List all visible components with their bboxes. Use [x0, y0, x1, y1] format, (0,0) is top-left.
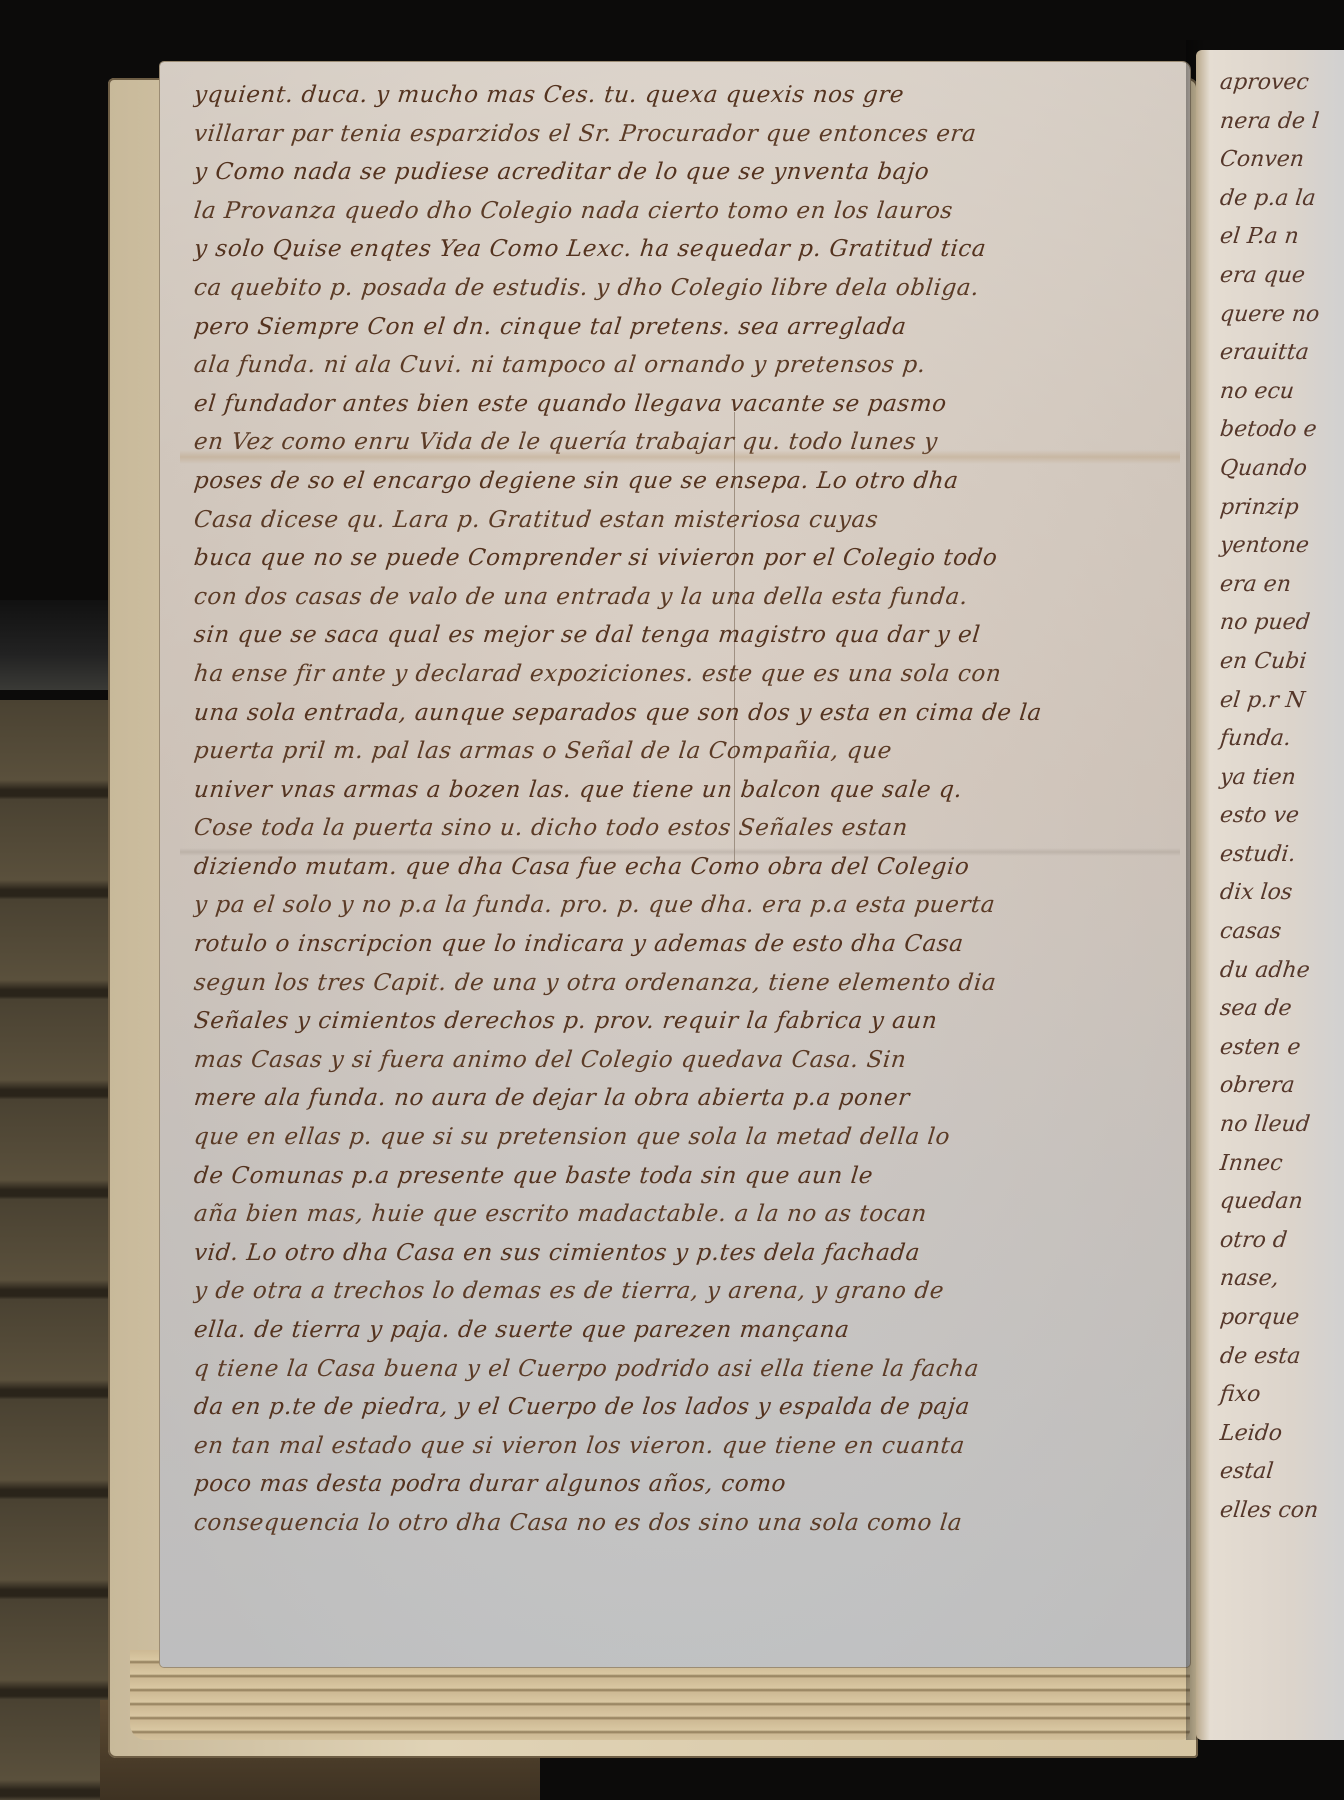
text-line: ha ense fir ante y declarad expoziciones… [192, 655, 1182, 694]
text-line: el fundador antes bien este quando llega… [192, 385, 1182, 424]
text-line: Casa dicese qu. Lara p. Gratitud estan m… [192, 501, 1182, 540]
facing-text-block: aprovec nera de l Conven de p.a la el P.… [1220, 64, 1319, 1531]
facing-text-line: funda. [1218, 720, 1321, 759]
text-line: con dos casas de valo de una entrada y l… [192, 578, 1182, 617]
text-line: villarar par tenia esparzidos el Sr. Pro… [192, 115, 1182, 154]
facing-text-line: nera de l [1218, 103, 1321, 142]
text-line: y pa el solo y no p.a la funda. pro. p. … [192, 886, 1182, 925]
facing-text-line: quere no [1218, 296, 1321, 335]
facing-text-line: era en [1218, 566, 1321, 605]
facing-text-line: estal [1218, 1453, 1321, 1492]
facing-text-line: erauitta [1218, 334, 1321, 373]
facing-text-line: otro d [1218, 1222, 1321, 1261]
facing-text-line: esten e [1218, 1029, 1321, 1068]
facing-text-line: esto ve [1218, 797, 1321, 836]
facing-text-line: en Cubi [1218, 643, 1321, 682]
facing-text-line: de p.a la [1218, 180, 1321, 219]
text-line: en tan mal estado que si vieron los vier… [192, 1427, 1182, 1466]
facing-page: aprovec nera de l Conven de p.a la el P.… [1196, 50, 1344, 1740]
text-line: poses de so el encargo degiene sin que s… [192, 462, 1182, 501]
text-line: sin que se saca qual es mejor se dal ten… [192, 616, 1182, 655]
text-line: en Vez como enru Vida de le quería traba… [192, 423, 1182, 462]
text-line: ca quebito p. posada de estudis. y dho C… [192, 269, 1182, 308]
facing-text-line: porque [1218, 1299, 1321, 1338]
text-line: la Provanza quedo dho Colegio nada ciert… [192, 192, 1182, 231]
facing-text-line: sea de [1218, 990, 1321, 1029]
text-line: yquient. duca. y mucho mas Ces. tu. quex… [192, 76, 1182, 115]
facing-text-line: nase, [1218, 1260, 1321, 1299]
facing-text-line: Leido [1218, 1415, 1321, 1454]
facing-text-line: Innec [1218, 1145, 1321, 1184]
text-line: vid. Lo otro dha Casa en sus cimientos y… [192, 1234, 1182, 1273]
text-line: pero Siempre Con el dn. cinque tal prete… [192, 308, 1182, 347]
facing-text-line: era que [1218, 257, 1321, 296]
text-line: q tiene la Casa buena y el Cuerpo podrid… [192, 1350, 1182, 1389]
text-line: y solo Quise enqtes Yea Como Lexc. ha se… [192, 230, 1182, 269]
facing-text-line: obrera [1218, 1067, 1321, 1106]
facing-text-line: no pued [1218, 604, 1321, 643]
facing-text-line: el p.r N [1218, 682, 1321, 721]
text-line: rotulo o inscripcion que lo indicara y a… [192, 925, 1182, 964]
text-line: ala funda. ni ala Cuvi. ni tampoco al or… [192, 346, 1182, 385]
facing-text-line: fixo [1218, 1376, 1321, 1415]
manuscript-page: yquient. duca. y mucho mas Ces. tu. quex… [160, 62, 1190, 1667]
text-line: ella. de tierra y paja. de suerte que pa… [192, 1311, 1182, 1350]
facing-text-line: prinzip [1218, 489, 1321, 528]
facing-text-line: dix los [1218, 874, 1321, 913]
facing-text-line: Conven [1218, 141, 1321, 180]
text-line: mere ala funda. no aura de dejar la obra… [192, 1079, 1182, 1118]
text-line: y Como nada se pudiese acreditar de lo q… [192, 153, 1182, 192]
facing-text-line: no ecu [1218, 373, 1321, 412]
text-line: buca que no se puede Comprender si vivie… [192, 539, 1182, 578]
text-line: aña bien mas, huie que escrito madactabl… [192, 1195, 1182, 1234]
facing-text-line: no lleud [1218, 1106, 1321, 1145]
facing-text-line: Quando [1218, 450, 1321, 489]
facing-text-line: el P.a n [1218, 218, 1321, 257]
text-line: y de otra a trechos lo demas es de tierr… [192, 1272, 1182, 1311]
text-line: que en ellas p. que si su pretension que… [192, 1118, 1182, 1157]
text-line: poco mas desta podra durar algunos años,… [192, 1465, 1182, 1504]
text-line: segun los tres Capit. de una y otra orde… [192, 964, 1182, 1003]
text-line: de Comunas p.a presente que baste toda s… [192, 1157, 1182, 1196]
handwritten-text-block: yquient. duca. y mucho mas Ces. tu. quex… [194, 76, 1180, 1543]
facing-text-line: ya tien [1218, 759, 1321, 798]
facing-text-line: quedan [1218, 1183, 1321, 1222]
text-line: puerta pril m. pal las armas o Señal de … [192, 732, 1182, 771]
facing-text-line: du adhe [1218, 952, 1321, 991]
text-line: da en p.te de piedra, y el Cuerpo de los… [192, 1388, 1182, 1427]
facing-text-line: casas [1218, 913, 1321, 952]
facing-text-line: estudi. [1218, 836, 1321, 875]
text-line: Señales y cimientos derechos p. prov. re… [192, 1002, 1182, 1041]
facing-text-line: de esta [1218, 1338, 1321, 1377]
text-line: una sola entrada, aunque separados que s… [192, 694, 1182, 733]
text-line: univer vnas armas a bozen las. que tiene… [192, 771, 1182, 810]
facing-text-line: aprovec [1218, 64, 1321, 103]
facing-text-line: yentone [1218, 527, 1321, 566]
text-line: consequencia lo otro dha Casa no es dos … [192, 1504, 1182, 1543]
text-line: diziendo mutam. que dha Casa fue echa Co… [192, 848, 1182, 887]
facing-text-line: elles con [1218, 1492, 1321, 1531]
text-line: Cose toda la puerta sino u. dicho todo e… [192, 809, 1182, 848]
facing-text-line: betodo e [1218, 411, 1321, 450]
text-line: mas Casas y si fuera animo del Colegio q… [192, 1041, 1182, 1080]
